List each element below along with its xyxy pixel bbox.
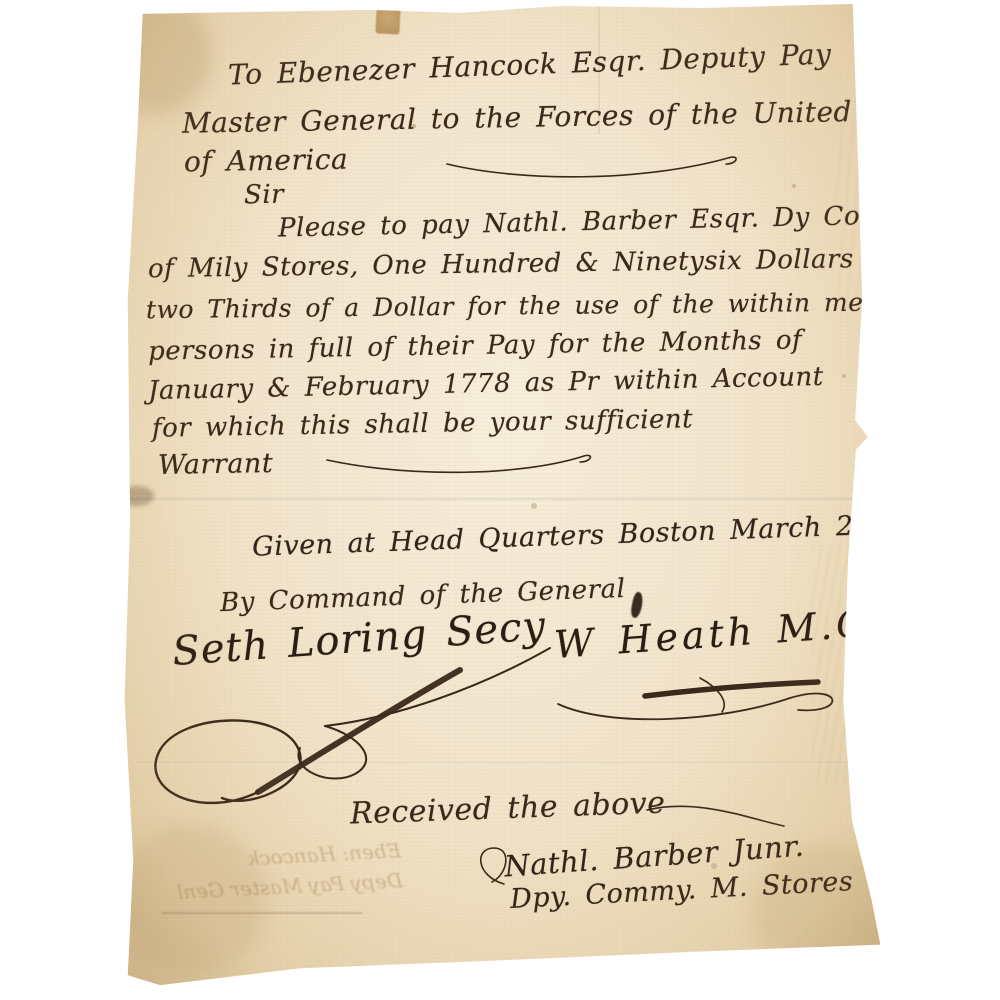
address-line-3: of America <box>184 143 349 179</box>
dateline: Given at Head Quarters Boston March 23d.… <box>252 506 984 562</box>
body-line-3: two Thirds of a Dollar for the use of th… <box>146 287 948 324</box>
body-line-2: of Mily Stores, One Hundred & Ninetysix … <box>148 244 892 284</box>
address-flourish <box>442 152 742 186</box>
body-line-5: January & February 1778 as Pr within Acc… <box>148 362 824 406</box>
signature-general: W Heath M.G <box>553 601 872 667</box>
paper-sheet: To Ebenezer Hancock Esqr. Deputy Pay Mas… <box>112 4 900 990</box>
receipt-heading: Received the above <box>349 786 665 832</box>
bleedthrough-rule <box>162 912 362 914</box>
faint-fold-crease <box>136 762 861 765</box>
corner-toning-top-left <box>102 0 212 114</box>
body-line-6: for which this shall be your sufficient <box>152 404 694 443</box>
salutation: Sir <box>244 180 285 211</box>
warrant-flourish <box>322 452 602 482</box>
address-line-2: Master General to the Forces of the Unit… <box>182 93 959 140</box>
body-line-4: persons in full of their Pay for the Mon… <box>148 325 803 366</box>
ink-blot <box>629 591 644 619</box>
address-line-1: To Ebenezer Hancock Esqr. Deputy Pay <box>228 37 832 91</box>
bleedthrough-right-column <box>812 544 872 784</box>
tape-stain <box>375 5 400 34</box>
general-signature-flourish <box>550 656 870 731</box>
bleedthrough-text: Eben: Hancock Depy Pay Master Genl <box>141 835 404 909</box>
horizontal-fold-crease <box>128 498 869 502</box>
body-line-7: Warrant <box>158 448 274 481</box>
edge-smudge <box>118 486 154 506</box>
body-line-1: Please to pay Nathl. Barber Esqr. Dy Com… <box>278 200 901 243</box>
document-scan: To Ebenezer Hancock Esqr. Deputy Pay Mas… <box>0 0 1000 1000</box>
